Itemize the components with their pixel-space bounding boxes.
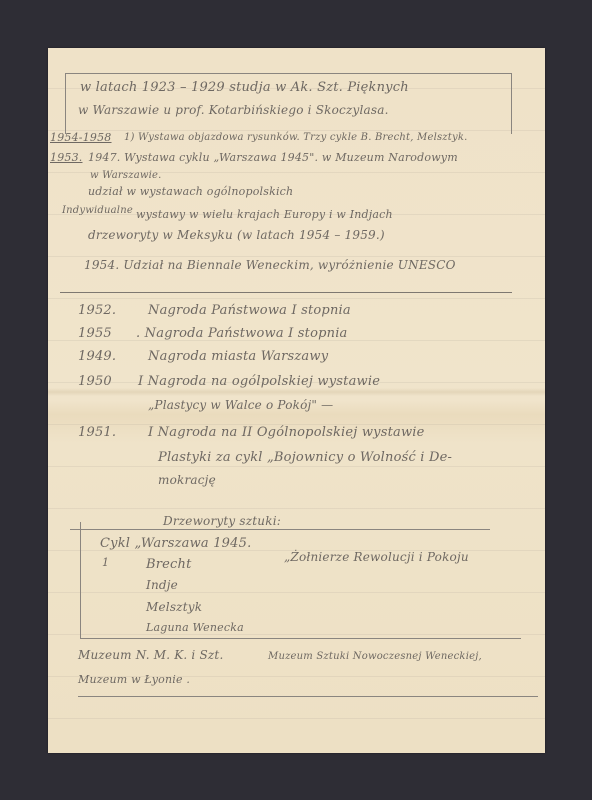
ruled-line xyxy=(48,718,545,719)
award-text: I Nagroda na ogólpolskiej wystawie xyxy=(138,374,380,389)
award-year: 1950 xyxy=(78,374,112,389)
exhibition-line-2: 1947. Wystawa cyklu „Warszawa 1945". w M… xyxy=(88,151,458,164)
woodcuts-top-rule xyxy=(70,529,490,530)
ruled-line xyxy=(48,256,545,257)
paper-fold xyxy=(48,388,545,396)
document-page: w latach 1923 – 1929 studja w Ak. Szt. P… xyxy=(48,48,545,753)
museums-line-2: Muzeum w Łyonie . xyxy=(78,673,190,686)
margin-word-indywidualne: Indywidualne xyxy=(62,205,133,216)
margin-years-2: 1953. xyxy=(50,151,83,164)
award-text: Nagroda Państwowa I stopnia xyxy=(148,303,351,318)
education-line-1: w latach 1923 – 1929 studja w Ak. Szt. P… xyxy=(80,80,409,95)
woodcuts-right-title: „Żołnierze Rewolucji i Pokoju xyxy=(284,550,469,564)
woodcuts-heading: Drzeworyty sztuki: xyxy=(163,514,281,528)
bottom-rule xyxy=(78,696,538,697)
woodcuts-marker: 1 xyxy=(102,556,109,569)
museums-line-1a: Muzeum N. M. K. i Szt. xyxy=(78,648,223,662)
award-text: „Plastycy w Walce o Pokój" — xyxy=(148,398,333,412)
ruled-line xyxy=(48,508,545,509)
woodcut-item: Laguna Wenecka xyxy=(146,621,244,634)
award-year: 1949. xyxy=(78,349,116,364)
museums-line-1b: Muzeum Sztuki Nowoczesnej Weneckiej, xyxy=(268,651,482,662)
award-text: Plastyki za cykl „Bojownicy o Wolność i … xyxy=(158,450,452,465)
award-text: mokrację xyxy=(158,473,216,487)
section-divider xyxy=(60,292,512,293)
exhibition-line-3: w Warszawie. xyxy=(90,170,162,181)
exhibition-line-7: 1954. Udział na Biennale Weneckim, wyróż… xyxy=(84,258,456,272)
woodcuts-cycle-label: Cykl „Warszawa 1945. xyxy=(100,536,251,551)
ruled-line xyxy=(48,298,545,299)
award-year: 1952. xyxy=(78,303,116,318)
exhibition-line-1: 1) Wystawa objazdowa rysunków. Trzy cykl… xyxy=(124,132,467,143)
award-text: . Nagroda Państwowa I stopnia xyxy=(136,326,348,341)
margin-years-1: 1954-1958 xyxy=(50,131,112,144)
award-text: Nagroda miasta Warszawy xyxy=(148,349,328,364)
ruled-line xyxy=(48,466,545,467)
woodcut-item: Melsztyk xyxy=(146,600,202,614)
exhibition-line-5: wystawy w wielu krajach Europy i w Indja… xyxy=(136,208,393,221)
woodcut-item: Brecht xyxy=(146,557,192,572)
woodcut-item: Indje xyxy=(146,578,178,592)
award-text: I Nagroda na II Ogólnopolskiej wystawie xyxy=(148,425,425,440)
exhibition-line-6: drzeworyty w Meksyku (w latach 1954 – 19… xyxy=(88,228,385,242)
award-year: 1955 xyxy=(78,326,112,341)
exhibition-line-4: udział w wystawach ogólnopolskich xyxy=(88,185,293,198)
award-year: 1951. xyxy=(78,425,116,440)
education-line-2: w Warszawie u prof. Kotarbińskiego i Sko… xyxy=(78,103,389,117)
